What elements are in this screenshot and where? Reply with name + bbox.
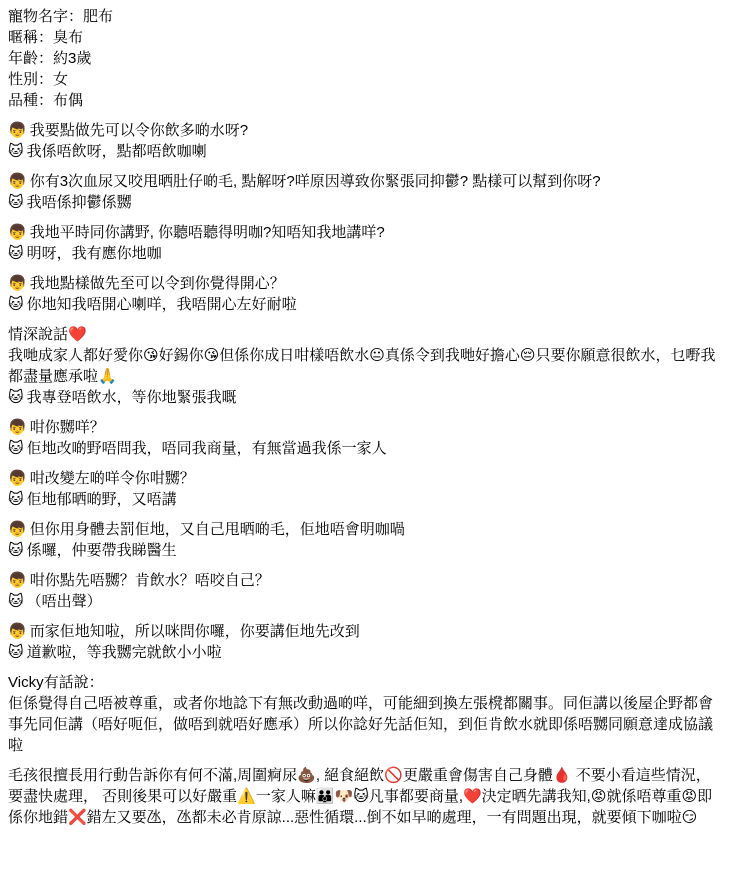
answer-text: 道歉啦，等我嬲完就飲小小啦 xyxy=(27,644,222,661)
qa-block: 👦我地點樣做先至可以令到你覺得開心？ 🐱你地知我唔開心喇咩，我唔開心左好耐啦 xyxy=(8,273,724,315)
love-words-title: 情深說話❤️ xyxy=(8,324,724,345)
answer-text: （唔出聲） xyxy=(27,593,102,610)
pet-name-line: 寵物名字：肥布 xyxy=(8,6,724,27)
pet-breed-line: 品種：布偶 xyxy=(8,90,724,111)
boy-face-icon: 👦 xyxy=(8,570,27,591)
question-text: 咁你嬲咩？ xyxy=(30,419,105,436)
question-line: 👦我地平時同你講野, 你聽唔聽得明咖?知唔知我地講咩? xyxy=(8,222,724,243)
cat-face-icon: 🐱 xyxy=(8,591,24,612)
answer-line: 🐱佢地郁晒啲野，又唔講 xyxy=(8,489,724,510)
question-text: 咁你點先唔嬲？肯飲水？唔咬自己？ xyxy=(30,572,270,589)
question-line: 👦你有3次血尿又咬甩晒肚仔啲毛, 點解呀?咩原因導致你緊張同抑鬱? 點樣可以幫到… xyxy=(8,171,724,192)
question-line: 👦咁你點先唔嬲？肯飲水？唔咬自己？ xyxy=(8,570,724,591)
love-words-message: 我哋成家人都好愛你😘好錫你😘但係你成日咁樣唔飲水😐真係令到我哋好擔心😔只要你願意… xyxy=(8,345,724,387)
answer-text: 明呀，我有應你地咖 xyxy=(27,245,162,262)
qa-block: 👦你有3次血尿又咬甩晒肚仔啲毛, 點解呀?咩原因導致你緊張同抑鬱? 點樣可以幫到… xyxy=(8,171,724,213)
cat-face-icon: 🐱 xyxy=(8,141,24,162)
boy-face-icon: 👦 xyxy=(8,273,27,294)
answer-line: 🐱係囉，仲要帶我睇醫生 xyxy=(8,540,724,561)
boy-face-icon: 👦 xyxy=(8,171,27,192)
question-text: 咁改變左啲咩令你咁嬲？ xyxy=(30,470,195,487)
question-text: 而家佢地知啦，所以咪問你囉，你要講佢地先改到 xyxy=(30,623,360,640)
answer-line: 🐱明呀，我有應你地咖 xyxy=(8,243,724,264)
qa-block: 👦咁你點先唔嬲？肯飲水？唔咬自己？ 🐱（唔出聲） xyxy=(8,570,724,612)
cat-reply-text: 我專登唔飲水，等你地緊張我嘅 xyxy=(27,389,237,406)
question-text: 你有3次血尿又咬甩晒肚仔啲毛, 點解呀?咩原因導致你緊張同抑鬱? 點樣可以幫到你… xyxy=(30,173,601,190)
question-text: 我要點做先可以令你飲多啲水呀? xyxy=(30,122,248,139)
question-text: 我地平時同你講野, 你聽唔聽得明咖?知唔知我地講咩? xyxy=(30,224,385,241)
footer-note-text: 毛孩很擅長用行動告訴你有何不滿,周圍痾尿💩, 絕食絕飲🚫更嚴重會傷害自己身體🩸 … xyxy=(8,765,724,828)
qa-block: 👦我地平時同你講野, 你聽唔聽得明咖?知唔知我地講咩? 🐱明呀，我有應你地咖 xyxy=(8,222,724,264)
question-line: 👦但你用身體去罰佢地，又自己甩晒啲毛，佢地唔會明咖喎 xyxy=(8,519,724,540)
qa-block: 👦我要點做先可以令你飲多啲水呀? 🐱我係唔飲呀，點都唔飲咖喇 xyxy=(8,120,724,162)
question-line: 👦咁你嬲咩？ xyxy=(8,417,724,438)
answer-text: 係囉，仲要帶我睇醫生 xyxy=(27,542,177,559)
qa-block: 👦而家佢地知啦，所以咪問你囉，你要講佢地先改到 🐱道歉啦，等我嬲完就飲小小啦 xyxy=(8,621,724,663)
cat-face-icon: 🐱 xyxy=(8,540,24,561)
answer-line: 🐱（唔出聲） xyxy=(8,591,724,612)
pet-gender-line: 性別：女 xyxy=(8,69,724,90)
answer-text: 我係唔飲呀，點都唔飲咖喇 xyxy=(27,143,207,160)
vicky-section: Vicky有話說： 佢係覺得自己唔被尊重，或者你地諗下有無改動過啲咩，可能細到換… xyxy=(8,672,724,756)
cat-face-icon: 🐱 xyxy=(8,192,24,213)
boy-face-icon: 👦 xyxy=(8,468,27,489)
question-text: 但你用身體去罰佢地，又自己甩晒啲毛，佢地唔會明咖喎 xyxy=(30,521,405,538)
answer-text: 佢地郁晒啲野，又唔講 xyxy=(27,491,177,508)
cat-face-icon: 🐱 xyxy=(8,294,24,315)
answer-text: 佢地改啲野唔問我，唔同我商量，有無當過我係一家人 xyxy=(27,440,387,457)
cat-face-icon: 🐱 xyxy=(8,243,24,264)
vicky-title: Vicky有話說： xyxy=(8,672,724,693)
boy-face-icon: 👦 xyxy=(8,519,27,540)
boy-face-icon: 👦 xyxy=(8,621,27,642)
question-line: 👦我地點樣做先至可以令到你覺得開心？ xyxy=(8,273,724,294)
answer-line: 🐱佢地改啲野唔問我，唔同我商量，有無當過我係一家人 xyxy=(8,438,724,459)
qa-block: 👦但你用身體去罰佢地，又自己甩晒啲毛，佢地唔會明咖喎 🐱係囉，仲要帶我睇醫生 xyxy=(8,519,724,561)
footer-note: 毛孩很擅長用行動告訴你有何不滿,周圍痾尿💩, 絕食絕飲🚫更嚴重會傷害自己身體🩸 … xyxy=(8,765,724,828)
question-line: 👦咁改變左啲咩令你咁嬲？ xyxy=(8,468,724,489)
cat-face-icon: 🐱 xyxy=(8,387,24,408)
boy-face-icon: 👦 xyxy=(8,222,27,243)
answer-line: 🐱你地知我唔開心喇咩，我唔開心左好耐啦 xyxy=(8,294,724,315)
cat-face-icon: 🐱 xyxy=(8,642,24,663)
qa-block: 👦咁你嬲咩？ 🐱佢地改啲野唔問我，唔同我商量，有無當過我係一家人 xyxy=(8,417,724,459)
boy-face-icon: 👦 xyxy=(8,417,27,438)
cat-face-icon: 🐱 xyxy=(8,438,24,459)
cat-face-icon: 🐱 xyxy=(8,489,24,510)
answer-line: 🐱我唔係抑鬱係嬲 xyxy=(8,192,724,213)
question-text: 我地點樣做先至可以令到你覺得開心？ xyxy=(30,275,285,292)
document: 寵物名字：肥布 暱稱：臭布 年齡：約3歲 性別：女 品種：布偶 👦我要點做先可以… xyxy=(8,6,724,828)
vicky-message: 佢係覺得自己唔被尊重，或者你地諗下有無改動過啲咩，可能細到換左張櫈都關事。同佢講… xyxy=(8,693,724,756)
answer-text: 我唔係抑鬱係嬲 xyxy=(27,194,132,211)
question-line: 👦而家佢地知啦，所以咪問你囉，你要講佢地先改到 xyxy=(8,621,724,642)
pet-age-line: 年齡：約3歲 xyxy=(8,48,724,69)
answer-text: 你地知我唔開心喇咩，我唔開心左好耐啦 xyxy=(27,296,297,313)
question-line: 👦我要點做先可以令你飲多啲水呀? xyxy=(8,120,724,141)
pet-info-section: 寵物名字：肥布 暱稱：臭布 年齡：約3歲 性別：女 品種：布偶 xyxy=(8,6,724,111)
qa-block: 👦咁改變左啲咩令你咁嬲？ 🐱佢地郁晒啲野，又唔講 xyxy=(8,468,724,510)
answer-line: 🐱道歉啦，等我嬲完就飲小小啦 xyxy=(8,642,724,663)
boy-face-icon: 👦 xyxy=(8,120,27,141)
answer-line: 🐱我係唔飲呀，點都唔飲咖喇 xyxy=(8,141,724,162)
cat-reply-line: 🐱我專登唔飲水，等你地緊張我嘅 xyxy=(8,387,724,408)
pet-nickname-line: 暱稱：臭布 xyxy=(8,27,724,48)
love-words-section: 情深說話❤️ 我哋成家人都好愛你😘好錫你😘但係你成日咁樣唔飲水😐真係令到我哋好擔… xyxy=(8,324,724,408)
